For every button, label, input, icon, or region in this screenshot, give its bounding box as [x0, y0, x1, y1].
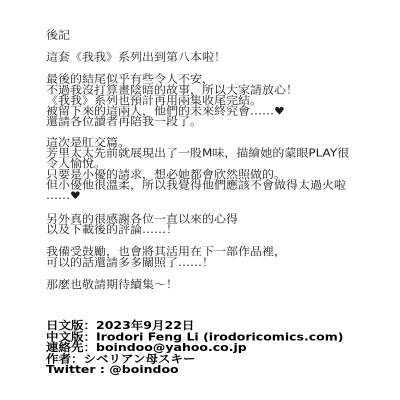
- text-line: 還請各位讀者再陪我一段了。: [46, 116, 386, 127]
- paragraph-thanks: 另外真的很感謝各位一直以來的心得 以及下載後的評論……！: [46, 214, 386, 235]
- text-line: 但小優他很溫柔，所以我覺得他們應該不會做得太過火啦: [46, 180, 386, 191]
- credit-twitter: Twitter : @boindoo: [46, 364, 386, 375]
- paragraph-encouragement: 我備受鼓勵，也會將其活用在下一部作品裡， 可以的話還請多多關照了……！: [46, 246, 386, 267]
- credits-block: 日文版：2023年9月22日 中文版：Irodori Feng Li (irod…: [46, 320, 386, 375]
- text-line: 以及下載後的評論……！: [46, 224, 386, 235]
- credit-label: Twitter :: [46, 363, 109, 376]
- text-line: 這套《我我》系列出到第八本啦！: [46, 52, 386, 63]
- text-line: 那麼也敬請期待續集～！: [46, 279, 386, 290]
- paragraph-closing: 那麼也敬請期待續集～！: [46, 279, 386, 290]
- text-line: ……♥: [46, 190, 386, 201]
- paragraph-episode: 這次是肛交篇。 芳里太太先前就展現出了一股M味，描繪她的蒙眼PLAY很 令人愉悅…: [46, 137, 386, 200]
- page-title: 後記: [46, 30, 386, 41]
- credit-value: @boindoo: [109, 363, 178, 376]
- text-line: 可以的話還請多多關照了……！: [46, 257, 386, 268]
- afterword-page: 後記 這套《我我》系列出到第八本啦！ 最後的結尾似乎有些令人不安， 不過我沒打算…: [46, 0, 386, 375]
- paragraph-intro: 這套《我我》系列出到第八本啦！: [46, 52, 386, 63]
- paragraph-ending: 最後的結尾似乎有些令人不安， 不過我沒打算畫陰暗的故事，所以大家請放心！ 《我我…: [46, 74, 386, 127]
